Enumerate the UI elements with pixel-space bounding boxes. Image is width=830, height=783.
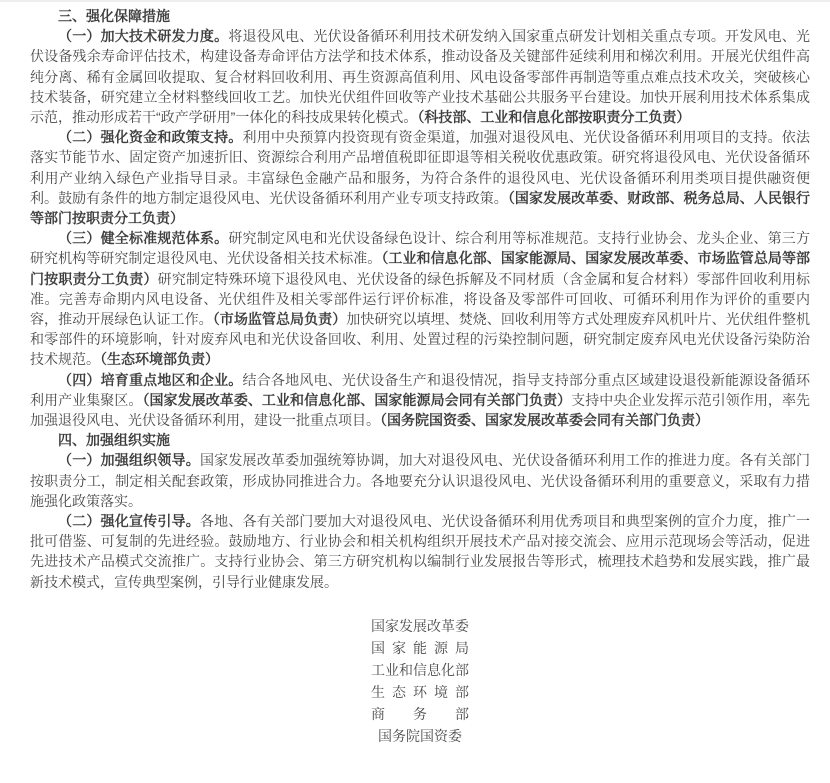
paragraph: （一）加大技术研发力度。将退役风电、光伏设备循环利用技术研发纳入国家重点研发计划… xyxy=(30,26,810,127)
signature-agency: 国家发展改革委 xyxy=(371,615,469,637)
signature-agency: 工业和信息化部 xyxy=(371,659,469,681)
paragraph: （二）强化宣传引导。各地、各有关部门要加大对退役风电、光伏设备循环利用优秀项目和… xyxy=(30,511,810,592)
signature-agency: 生态环境部 xyxy=(371,681,469,703)
signature-agency: 国务院国资委 xyxy=(371,725,469,747)
bold-text-run: （二）强化宣传引导。 xyxy=(58,513,200,529)
signature-agency: 商务部 xyxy=(371,703,469,725)
bold-text-run: （四）培育重点地区和企业。 xyxy=(58,372,243,388)
document-body: 三、强化保障措施（一）加大技术研发力度。将退役风电、光伏设备循环利用技术研发纳入… xyxy=(0,0,830,747)
bold-text-run: （一）加大技术研发力度。 xyxy=(58,28,228,44)
bold-text-run: （国家发展改革委、工业和信息化部、国家能源局会同有关部门负责） xyxy=(142,392,571,408)
paragraph: （四）培育重点地区和企业。结合各地风电、光伏设备生产和退役情况，指导支持部分重点… xyxy=(30,370,810,431)
bold-text-run: （科技部、工业和信息化部按职责分工负责） xyxy=(417,109,690,125)
section-heading: 四、加强组织实施 xyxy=(30,430,810,450)
bold-text-run: （一）加强组织领导。 xyxy=(58,452,200,468)
bold-text-run: （二）强化资金和政策支持。 xyxy=(58,129,243,145)
bold-text-run: （国务院国资委、国家发展改革委会同有关部门负责） xyxy=(380,412,709,428)
document-page: 三、强化保障措施（一）加大技术研发力度。将退役风电、光伏设备循环利用技术研发纳入… xyxy=(0,0,830,783)
clipped-line-remnant xyxy=(0,0,830,2)
bold-text-run: （三）健全标准规范体系。 xyxy=(58,230,228,246)
section-heading: 三、强化保障措施 xyxy=(30,6,810,26)
bold-text-run: 三、强化保障措施 xyxy=(58,8,170,24)
paragraph: （二）强化资金和政策支持。利用中央预算内投资现有资金渠道，加强对退役风电、光伏设… xyxy=(30,127,810,228)
bold-text-run: （生态环境部负责） xyxy=(100,351,219,367)
bold-text-run: （市场监管总局负责） xyxy=(213,311,347,327)
paragraph: （一）加强组织领导。国家发展改革委加强统筹协调，加大对退役风电、光伏设备循环利用… xyxy=(30,450,810,511)
paragraph: （三）健全标准规范体系。研究制定风电和光伏设备绿色设计、综合利用等标准规范。支持… xyxy=(30,228,810,369)
bold-text-run: 四、加强组织实施 xyxy=(58,432,170,448)
paragraphs: 三、强化保障措施（一）加大技术研发力度。将退役风电、光伏设备循环利用技术研发纳入… xyxy=(30,6,810,592)
signature-block: 国家发展改革委国家能源局工业和信息化部生态环境部商务部国务院国资委 xyxy=(371,615,469,747)
signature-agency: 国家能源局 xyxy=(371,637,469,659)
